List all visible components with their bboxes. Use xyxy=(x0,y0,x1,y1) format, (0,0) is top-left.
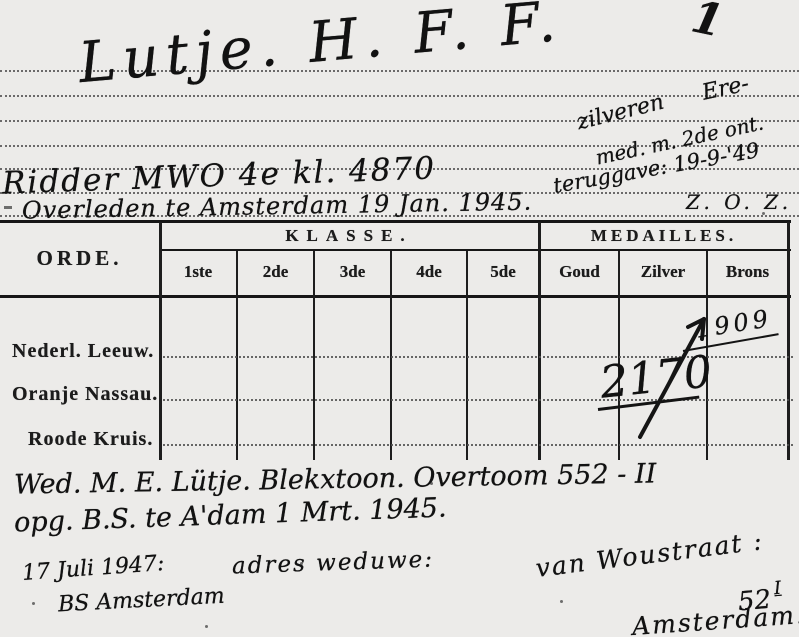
bs-amsterdam: BS Amsterdam xyxy=(57,584,225,618)
klasse-header: KLASSE. xyxy=(159,226,539,246)
scan-speck xyxy=(300,562,303,565)
scan-speck xyxy=(430,482,433,485)
city-handwriting: Amsterdam. xyxy=(631,600,799,637)
col-2de: 2de xyxy=(238,262,313,282)
scan-speck xyxy=(560,600,563,603)
orde-header: ORDE. xyxy=(0,246,159,271)
annotation-ere: Ere- xyxy=(700,71,751,105)
widow-line: Wed. M. E. Lütje. Blekxtoon. Overtoom 55… xyxy=(14,458,657,500)
name-handwriting: Lutje. H. F. F. xyxy=(76,0,565,96)
medailles-header: MEDAILLES. xyxy=(540,226,788,246)
arrow-annotation-icon xyxy=(612,305,722,445)
scan-speck xyxy=(32,602,35,605)
floor-number: I xyxy=(773,578,782,600)
row-label-roode-kruis: Roode Kruis. xyxy=(28,428,153,451)
col-brons: Brons xyxy=(708,262,787,282)
ruled-line xyxy=(0,120,799,122)
date-1947: 17 Juli 1947: xyxy=(21,551,165,586)
scan-speck xyxy=(762,212,765,215)
ruled-line xyxy=(0,95,799,97)
col-5de: 5de xyxy=(468,262,538,282)
street-handwriting: van Woustraat : xyxy=(534,526,765,583)
table-vline xyxy=(538,222,541,460)
corner-mark: 1 xyxy=(687,0,728,48)
row-label-nederl-leeuw: Nederl. Leeuw. xyxy=(12,340,154,363)
col-1ste: 1ste xyxy=(160,262,236,282)
table-group-divider xyxy=(159,249,791,251)
adres-label: adres weduwe: xyxy=(232,546,435,579)
col-3de: 3de xyxy=(315,262,390,282)
table-vline xyxy=(159,222,162,460)
table-header-bottom-border xyxy=(0,295,791,298)
table-vline xyxy=(787,222,790,460)
col-zilver: Zilver xyxy=(620,262,706,282)
row-label-oranje-nassau: Oranje Nassau. xyxy=(12,383,158,406)
table-top-border xyxy=(0,220,791,223)
col-4de: 4de xyxy=(392,262,466,282)
record-card: 1 Lutje. H. F. F. Ere- zilveren med. m. … xyxy=(0,0,799,637)
col-goud: Goud xyxy=(541,262,618,282)
scan-speck xyxy=(205,625,208,628)
annotation-zoz: Z. O. Z. xyxy=(686,190,792,214)
scan-edge-mark xyxy=(4,206,12,209)
